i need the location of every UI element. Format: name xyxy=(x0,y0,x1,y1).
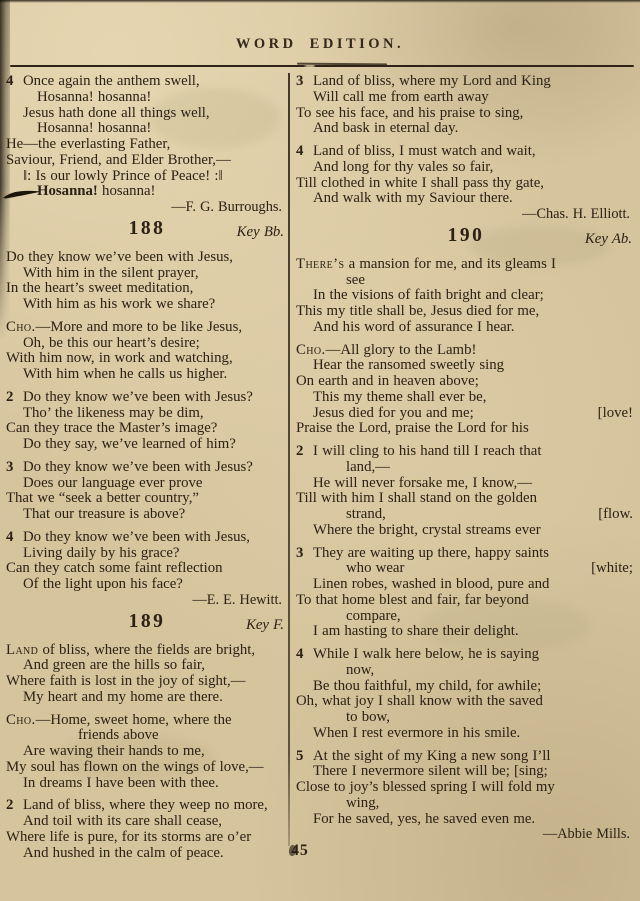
verse-line: Will call me from earth away xyxy=(296,90,636,106)
verse-line: 3Do they know we’ve been with Jesus? xyxy=(6,460,288,476)
line-text: Hear the ransomed sweetly sing xyxy=(313,357,504,373)
line-text: Once again the anthem swell, xyxy=(23,73,200,89)
line-text: of bliss, where the fields are bright, xyxy=(38,642,255,658)
line-text: a mansion for me, and its gleams I xyxy=(344,256,556,272)
verse-number: 4 xyxy=(296,647,306,663)
line-text: That our treasure is above? xyxy=(23,506,185,522)
verse-line: 4Once again the anthem swell, xyxy=(6,74,288,90)
verse-line: And hushed in the calm of peace. xyxy=(6,846,288,862)
verse-line: 4Land of bliss, I must watch and wait, xyxy=(296,144,636,160)
line-text: Where faith is lost in the joy of sight,… xyxy=(6,673,245,689)
verse-line: Till clothed in white I shall pass thy g… xyxy=(296,176,636,192)
running-head: WORD EDITION. xyxy=(0,36,640,53)
verse-line: Hosanna! hosanna! xyxy=(6,184,288,200)
header-rule xyxy=(10,65,634,67)
hymn-key: Key Bb. xyxy=(237,225,284,241)
line-text: In the heart’s sweet meditation, xyxy=(6,280,193,296)
hymn-heading: 188Key Bb. xyxy=(6,221,288,243)
verse-line: Can they catch some faint reflection xyxy=(6,561,288,577)
line-text: They are waiting up there, happy saints xyxy=(313,545,549,561)
verse-line: Jesus hath done all things well, xyxy=(6,106,288,122)
verse-line: Living daily by his grace? xyxy=(6,546,288,562)
hymn-key: Key F. xyxy=(246,618,284,634)
hymn-stanza: Do they know we’ve been with Jesus,With … xyxy=(6,250,288,313)
line-text: And hushed in the calm of peace. xyxy=(23,845,224,861)
hymn-chorus: Cho.—All glory to the Lamb!Hear the rans… xyxy=(296,343,636,438)
verse-line: With him in the silent prayer, xyxy=(6,266,288,282)
verse-line: wing, xyxy=(296,796,636,812)
verse-line: Be thou faithful, my child, for awhile; xyxy=(296,679,636,695)
line-text: With him as his work we share? xyxy=(23,296,215,312)
line-text: I am hasting to share their delight. xyxy=(313,623,519,639)
verse-line: And long for thy vales so fair, xyxy=(296,160,636,176)
hymn-number: 188 xyxy=(129,218,166,239)
line-text: Jesus died for you and me; xyxy=(313,406,474,422)
line-text: Of the light upon his face? xyxy=(23,576,183,592)
verse-number: 2 xyxy=(296,444,306,460)
page-top-edge-shadow xyxy=(0,0,640,3)
line-text: For he saved, yes, he saved even me. xyxy=(313,811,535,827)
verse-line: ‖: Is our lowly Prince of Peace! :‖ xyxy=(6,169,288,185)
verse-line: Can they trace the Master’s image? xyxy=(6,421,288,437)
line-text: While I walk here below, he is saying xyxy=(313,646,539,662)
verse-number: 4 xyxy=(6,74,16,90)
verse-line: He will never forsake me, I know,— xyxy=(296,476,636,492)
line-text: who wear xyxy=(346,561,404,577)
hymn-number: 189 xyxy=(129,611,166,632)
verse-line: Saviour, Friend, and Elder Brother,— xyxy=(6,153,288,169)
verse-number: 4 xyxy=(6,530,16,546)
hymn-stanza: 3They are waiting up there, happy saints… xyxy=(296,546,636,641)
verse-line: In dreams I have been with thee. xyxy=(6,776,288,792)
attribution: —E. E. Hewitt. xyxy=(6,593,288,609)
verse-line: Tho’ the likeness may be dim, xyxy=(6,406,288,422)
verse-number: 5 xyxy=(296,749,306,765)
line-text: Do they say, we’ve learned of him? xyxy=(23,436,236,452)
line-text: There I nevermore silent will be; [sing; xyxy=(313,763,548,779)
column-left: 4Once again the anthem swell,Hosanna! ho… xyxy=(6,74,288,861)
line-text: Living daily by his grace? xyxy=(23,545,180,561)
column-right: 3Land of bliss, where my Lord and KingWi… xyxy=(296,74,636,843)
page-number: 45 xyxy=(272,842,328,860)
line-text: Land of bliss, I must watch and wait, xyxy=(313,143,536,159)
verse-line: He—the everlasting Father, xyxy=(6,137,288,153)
line-text: Tho’ the likeness may be dim, xyxy=(23,405,204,421)
verse-line: Linen robes, washed in blood, pure and xyxy=(296,577,636,593)
verse-line: This my theme shall ever be, xyxy=(296,390,636,406)
line-text: In the visions of faith bright and clear… xyxy=(313,287,544,303)
verse-line: 4Do they know we’ve been with Jesus, xyxy=(6,530,288,546)
line-text: compare, xyxy=(346,608,401,624)
line-text: Do they know we’ve been with Jesus? xyxy=(23,389,253,405)
verse-line: With him when he calls us higher. xyxy=(6,367,288,383)
line-text: Can they catch some faint reflection xyxy=(6,560,223,576)
line-text: see xyxy=(346,272,365,288)
line-text: —More and more to be like Jesus, xyxy=(36,319,242,335)
line-text: That we “seek a better country,” xyxy=(6,490,199,506)
verse-line: land,— xyxy=(296,460,636,476)
verse-line: When I rest evermore in his smile. xyxy=(296,726,636,742)
verse-line: 5At the sight of my King a new song I’ll xyxy=(296,749,636,765)
verse-line: Cho.—Home, sweet home, where the xyxy=(6,713,288,729)
verse-line: This my title shall be, Jesus died for m… xyxy=(296,304,636,320)
hymn-stanza: 3Do they know we’ve been with Jesus?Does… xyxy=(6,460,288,523)
hymn-stanza: 5At the sight of my King a new song I’ll… xyxy=(296,749,636,828)
verse-line: Are waving their hands to me, xyxy=(6,744,288,760)
small-caps-lead: There’s xyxy=(296,256,344,272)
hymn-stanza: 4Once again the anthem swell,Hosanna! ho… xyxy=(6,74,288,200)
verse-line: To that home blest and fair, far beyond xyxy=(296,593,636,609)
hymn-stanza: 2Do they know we’ve been with Jesus?Tho’… xyxy=(6,390,288,453)
line-text: And toil with its care shall cease, xyxy=(23,813,222,829)
hymn-stanza: 4Land of bliss, I must watch and wait,An… xyxy=(296,144,636,207)
hymn-stanza: 4While I walk here below, he is sayingno… xyxy=(296,647,636,742)
line-text: Will call me from earth away xyxy=(313,89,489,105)
line-text: Hosanna! hosanna! xyxy=(37,89,151,105)
hymn-stanza: 3Land of bliss, where my Lord and KingWi… xyxy=(296,74,636,137)
verse-line: Where life is pure, for its storms are o… xyxy=(6,830,288,846)
verse-line: Oh, what joy I shall know with the saved xyxy=(296,694,636,710)
verse-line: now, xyxy=(296,663,636,679)
line-text: Oh, what joy I shall know with the saved xyxy=(296,693,543,709)
line-text: With him in the silent prayer, xyxy=(23,265,199,281)
line-text: To that home blest and fair, far beyond xyxy=(296,592,529,608)
line-text: On earth and in heaven above; xyxy=(296,373,479,389)
verse-line: 3They are waiting up there, happy saints xyxy=(296,546,636,562)
line-text: wing, xyxy=(346,795,379,811)
line-text: And bask in eternal day. xyxy=(313,120,458,136)
line-text: At the sight of my King a new song I’ll xyxy=(313,748,551,764)
line-text: Oh, be this our heart’s desire; xyxy=(23,335,200,351)
line-text: strand, xyxy=(346,507,386,523)
verse-line: who wear[white; xyxy=(296,561,636,577)
verse-line: see xyxy=(296,273,636,289)
attribution: —F. G. Burroughs. xyxy=(6,200,288,216)
verse-line: compare, xyxy=(296,609,636,625)
hymn-stanza: There’s a mansion for me, and its gleams… xyxy=(296,257,636,336)
verse-line: In the visions of faith bright and clear… xyxy=(296,288,636,304)
line-text: To see his face, and his praise to sing, xyxy=(296,105,523,121)
verse-line: Do they know we’ve been with Jesus, xyxy=(6,250,288,266)
small-caps-lead: Land xyxy=(6,642,38,658)
line-text: With him now, in work and watching, xyxy=(6,350,233,366)
verse-number: 3 xyxy=(296,546,306,562)
bold-lead: Hosanna! xyxy=(37,183,98,199)
line-text: Are waving their hands to me, xyxy=(23,743,205,759)
verse-line: 3Land of bliss, where my Lord and King xyxy=(296,74,636,90)
hymn-stanza: 2Land of bliss, where they weep no more,… xyxy=(6,798,288,861)
line-text: This my title shall be, Jesus died for m… xyxy=(296,303,539,319)
line-text: Where the bright, crystal streams ever xyxy=(313,522,541,538)
verse-line: Cho.—All glory to the Lamb! xyxy=(296,343,636,359)
line-text: Till clothed in white I shall pass thy g… xyxy=(296,175,544,191)
line-text: hosanna! xyxy=(98,183,156,199)
verse-line: Hear the ransomed sweetly sing xyxy=(296,358,636,374)
verse-line: 2Land of bliss, where they weep no more, xyxy=(6,798,288,814)
verse-line: Close to joy’s blessed spring I will fol… xyxy=(296,780,636,796)
line-text: Land of bliss, where they weep no more, xyxy=(23,797,268,813)
verse-line: Where the bright, crystal streams ever xyxy=(296,523,636,539)
line-text: Does our language ever prove xyxy=(23,475,203,491)
verse-line: 2I will cling to his hand till I reach t… xyxy=(296,444,636,460)
verse-line: strand,[flow. xyxy=(296,507,636,523)
hymn-key: Key Ab. xyxy=(585,232,632,248)
line-text: In dreams I have been with thee. xyxy=(23,775,219,791)
line-text: ‖: Is our lowly Prince of Peace! :‖ xyxy=(23,168,223,184)
line-text: Do they know we’ve been with Jesus, xyxy=(6,249,233,265)
catchword: [white; xyxy=(591,561,636,577)
line-text: Till with him I shall stand on the golde… xyxy=(296,490,537,506)
hymn-chorus: Cho.—Home, sweet home, where thefriends … xyxy=(6,713,288,792)
verse-number: 3 xyxy=(296,74,306,90)
line-text: Close to joy’s blessed spring I will fol… xyxy=(296,779,555,795)
verse-line: That we “seek a better country,” xyxy=(6,491,288,507)
line-text: Be thou faithful, my child, for awhile; xyxy=(313,678,541,694)
verse-line: And bask in eternal day. xyxy=(296,121,636,137)
line-text: friends above xyxy=(78,727,159,743)
verse-line: My heart and my home are there. xyxy=(6,690,288,706)
verse-line: Where faith is lost in the joy of sight,… xyxy=(6,674,288,690)
catchword: [flow. xyxy=(598,507,636,523)
hymn-heading: 189Key F. xyxy=(6,614,288,636)
verse-line: Jesus died for you and me;[love! xyxy=(296,406,636,422)
verse-line: For he saved, yes, he saved even me. xyxy=(296,812,636,828)
verse-line: to bow, xyxy=(296,710,636,726)
line-text: —All glory to the Lamb! xyxy=(326,342,477,358)
small-caps-lead: Cho. xyxy=(296,342,326,358)
verse-line: And his word of assurance I hear. xyxy=(296,320,636,336)
hymn-stanza: 4Do they know we’ve been with Jesus,Livi… xyxy=(6,530,288,593)
verse-line: And toil with its care shall cease, xyxy=(6,814,288,830)
hymn-chorus: Cho.—More and more to be like Jesus,Oh, … xyxy=(6,320,288,383)
line-text: Can they trace the Master’s image? xyxy=(6,420,217,436)
line-text: When I rest evermore in his smile. xyxy=(313,725,520,741)
line-text: Do they know we’ve been with Jesus, xyxy=(23,529,250,545)
line-text: And green are the hills so fair, xyxy=(23,657,205,673)
small-caps-lead: Cho. xyxy=(6,712,36,728)
verse-line: Does our language ever prove xyxy=(6,476,288,492)
verse-line: 4While I walk here below, he is saying xyxy=(296,647,636,663)
line-text: now, xyxy=(346,662,374,678)
verse-line: There’s a mansion for me, and its gleams… xyxy=(296,257,636,273)
verse-line: To see his face, and his praise to sing, xyxy=(296,106,636,122)
verse-line: Cho.—More and more to be like Jesus, xyxy=(6,320,288,336)
hymn-stanza: Land of bliss, where the fields are brig… xyxy=(6,643,288,706)
line-text: Hosanna! hosanna! xyxy=(37,120,151,136)
hymn-number: 190 xyxy=(448,225,485,246)
line-text: And his word of assurance I hear. xyxy=(313,319,514,335)
line-text: This my theme shall ever be, xyxy=(313,389,486,405)
verse-line: And green are the hills so fair, xyxy=(6,658,288,674)
line-text: And walk with my Saviour there. xyxy=(313,190,513,206)
book-page: WORD EDITION. 4Once again the anthem swe… xyxy=(0,0,640,901)
verse-line: On earth and in heaven above; xyxy=(296,374,636,390)
verse-line: Hosanna! hosanna! xyxy=(6,121,288,137)
verse-line: My soul has flown on the wings of love,— xyxy=(6,760,288,776)
verse-line: Till with him I shall stand on the golde… xyxy=(296,491,636,507)
small-caps-lead: Cho. xyxy=(6,319,36,335)
verse-number: 2 xyxy=(6,798,16,814)
verse-line: And walk with my Saviour there. xyxy=(296,191,636,207)
catchword: [love! xyxy=(598,406,636,422)
line-text: Praise the Lord, praise the Lord for his xyxy=(296,420,529,436)
verse-line: That our treasure is above? xyxy=(6,507,288,523)
line-text: Jesus hath done all things well, xyxy=(23,105,210,121)
line-text: He will never forsake me, I know,— xyxy=(313,475,532,491)
verse-line: Hosanna! hosanna! xyxy=(6,90,288,106)
verse-line: With him now, in work and watching, xyxy=(6,351,288,367)
hymn-stanza: 2I will cling to his hand till I reach t… xyxy=(296,444,636,539)
hymn-heading: 190Key Ab. xyxy=(296,228,636,250)
verse-line: I am hasting to share their delight. xyxy=(296,624,636,640)
verse-number: 2 xyxy=(6,390,16,406)
verse-line: With him as his work we share? xyxy=(6,297,288,313)
verse-line: There I nevermore silent will be; [sing; xyxy=(296,764,636,780)
verse-line: 2Do they know we’ve been with Jesus? xyxy=(6,390,288,406)
line-text: He—the everlasting Father, xyxy=(6,136,170,152)
line-text: land,— xyxy=(346,459,390,475)
line-text: Do they know we’ve been with Jesus? xyxy=(23,459,253,475)
verse-line: Of the light upon his face? xyxy=(6,577,288,593)
line-text: My soul has flown on the wings of love,— xyxy=(6,759,264,775)
pen-flourish-icon xyxy=(2,188,42,200)
line-text: With him when he calls us higher. xyxy=(23,366,227,382)
line-text: And long for thy vales so fair, xyxy=(313,159,493,175)
line-text: My heart and my home are there. xyxy=(23,689,223,705)
verse-number: 4 xyxy=(296,144,306,160)
attribution: —Abbie Mills. xyxy=(296,827,636,843)
verse-line: Land of bliss, where the fields are brig… xyxy=(6,643,288,659)
verse-number: 3 xyxy=(6,460,16,476)
line-text: Where life is pure, for its storms are o… xyxy=(6,829,251,845)
verse-line: Oh, be this our heart’s desire; xyxy=(6,336,288,352)
verse-line: friends above xyxy=(6,728,288,744)
verse-line: Praise the Lord, praise the Lord for his xyxy=(296,421,636,437)
line-text: —Home, sweet home, where the xyxy=(36,712,232,728)
line-text: Land of bliss, where my Lord and King xyxy=(313,73,551,89)
column-divider xyxy=(288,73,290,846)
verse-line: In the heart’s sweet meditation, xyxy=(6,281,288,297)
line-text: I will cling to his hand till I reach th… xyxy=(313,443,541,459)
attribution: —Chas. H. Elliott. xyxy=(296,207,636,223)
line-text: Linen robes, washed in blood, pure and xyxy=(313,576,549,592)
line-text: Saviour, Friend, and Elder Brother,— xyxy=(6,152,231,168)
line-text: to bow, xyxy=(346,709,390,725)
verse-line: Do they say, we’ve learned of him? xyxy=(6,437,288,453)
